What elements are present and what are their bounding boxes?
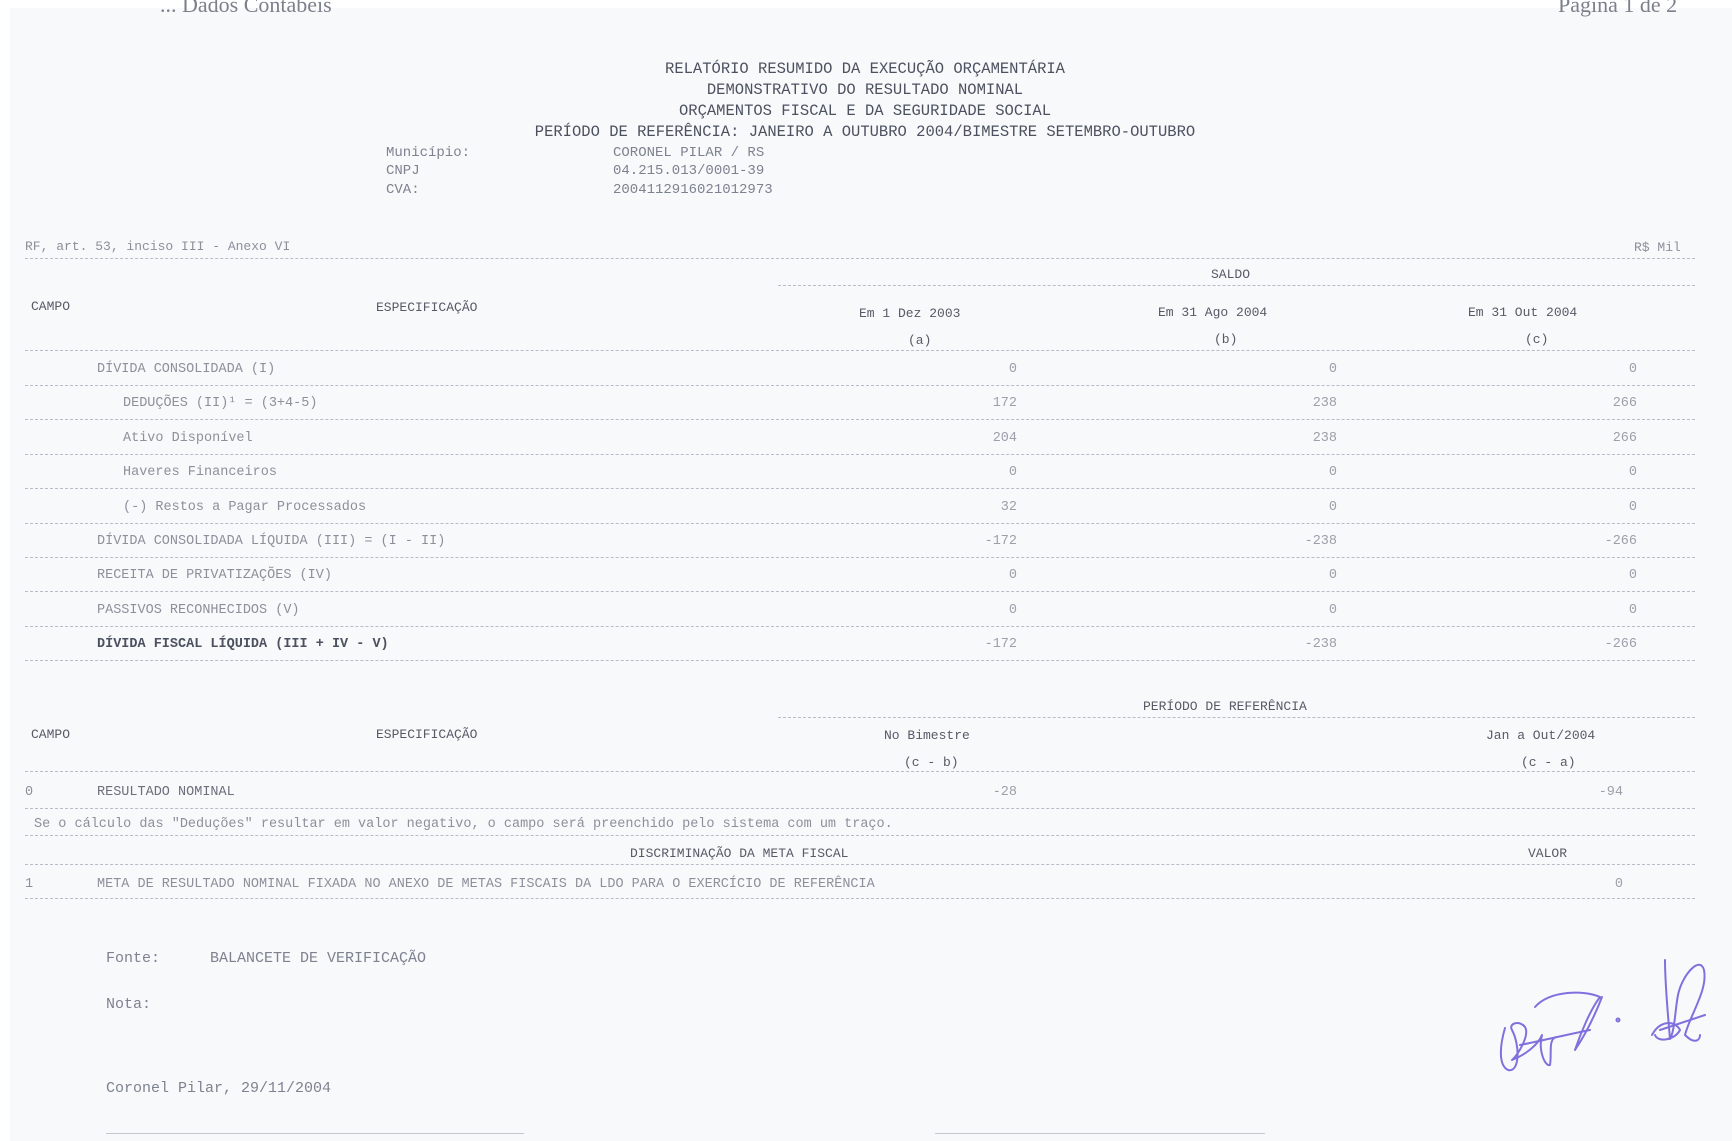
- value-col-b: 238: [1257, 431, 1337, 446]
- cva-label: CVA:: [386, 182, 420, 198]
- value-col-c: 0: [1557, 603, 1637, 618]
- row-label: Haveres Financeiros: [123, 465, 277, 480]
- t2-col-campo: CAMPO: [31, 727, 70, 742]
- cnpj-label: CNPJ: [386, 163, 420, 179]
- report-title: RELATÓRIO RESUMIDO DA EXECUÇÃO ORÇAMENTÁ…: [365, 60, 1365, 78]
- meta-value: 0: [1543, 877, 1623, 892]
- row-label: RECEITA DE PRIVATIZAÇÕES (IV): [97, 568, 332, 583]
- periodo-referencia-header: PERÍODO DE REFERÊNCIA: [1143, 699, 1307, 714]
- valor-header: VALOR: [1528, 846, 1567, 861]
- row-label: Ativo Disponível: [123, 431, 253, 446]
- value-col-b: 0: [1257, 465, 1337, 480]
- value-col-c: 0: [1557, 362, 1637, 377]
- place-date: Coronel Pilar, 29/11/2004: [106, 1080, 331, 1097]
- value-col-b: -238: [1257, 534, 1337, 549]
- cnpj-value: 04.215.013/0001-39: [613, 163, 764, 179]
- value-col-b: -238: [1257, 637, 1337, 652]
- row-label: DEDUÇÕES (II)¹ = (3+4-5): [123, 396, 317, 411]
- page-header-left: ... Dados Contábeis: [160, 0, 332, 18]
- col-c-label: Em 31 Out 2004: [1468, 305, 1577, 320]
- row-label: PASSIVOS RECONHECIDOS (V): [97, 603, 300, 618]
- fonte-value: BALANCETE DE VERIFICAÇÃO: [210, 950, 426, 967]
- legal-reference: RF, art. 53, inciso III - Anexo VI: [25, 239, 290, 254]
- col-a-sub: (a): [908, 333, 931, 348]
- t2-col-especificacao: ESPECIFICAÇÃO: [376, 727, 477, 742]
- row-label: DÍVIDA CONSOLIDADA (I): [97, 362, 275, 377]
- col-campo: CAMPO: [31, 299, 70, 314]
- value-col-c: 0: [1557, 465, 1637, 480]
- col-especificacao: ESPECIFICAÇÃO: [376, 300, 477, 315]
- value-col-a: 172: [937, 396, 1017, 411]
- value-col-c: 0: [1557, 568, 1637, 583]
- fonte-label: Fonte:: [106, 950, 160, 967]
- col-bimestre-label: No Bimestre: [884, 728, 970, 743]
- report-budget-scope: ORÇAMENTOS FISCAL E DA SEGURIDADE SOCIAL: [365, 102, 1365, 120]
- value-col-a: -172: [937, 534, 1017, 549]
- report-subtitle: DEMONSTRATIVO DO RESULTADO NOMINAL: [365, 81, 1365, 99]
- value-col-b: 0: [1257, 500, 1337, 515]
- municipio-value: CORONEL PILAR / RS: [613, 145, 764, 161]
- value-col-c: -266: [1557, 534, 1637, 549]
- col-bimestre-sub: (c - b): [904, 755, 959, 770]
- value-col-c: -266: [1557, 637, 1637, 652]
- value-col-a: 0: [937, 568, 1017, 583]
- cva-value: 2004112916021012973: [613, 182, 773, 198]
- unit-label: R$ Mil: [1634, 240, 1681, 255]
- value-jan-out: -94: [1543, 785, 1623, 800]
- col-c-sub: (c): [1525, 332, 1548, 347]
- handwritten-signature-icon: [1490, 935, 1720, 1075]
- value-bimestre: -28: [937, 785, 1017, 800]
- campo-number: 1: [25, 877, 33, 892]
- value-col-b: 0: [1257, 603, 1337, 618]
- campo-number: 0: [25, 785, 33, 800]
- row-label: META DE RESULTADO NOMINAL FIXADA NO ANEX…: [97, 877, 875, 892]
- value-col-a: 0: [937, 603, 1017, 618]
- nota-label: Nota:: [106, 996, 151, 1013]
- value-col-b: 238: [1257, 396, 1337, 411]
- row-label: DÍVIDA CONSOLIDADA LÍQUIDA (III) = (I - …: [97, 534, 445, 549]
- value-col-b: 0: [1257, 568, 1337, 583]
- value-col-c: 0: [1557, 500, 1637, 515]
- value-col-a: 0: [937, 362, 1017, 377]
- page-number: Pagina 1 de 2: [1558, 0, 1677, 18]
- value-col-a: 204: [937, 431, 1017, 446]
- signature-line-left: [106, 1133, 524, 1134]
- value-col-a: 0: [937, 465, 1017, 480]
- meta-fiscal-header: DISCRIMINAÇÃO DA META FISCAL: [630, 846, 848, 861]
- row-label: RESULTADO NOMINAL: [97, 785, 235, 800]
- col-jan-out-label: Jan a Out/2004: [1486, 728, 1595, 743]
- value-col-b: 0: [1257, 362, 1337, 377]
- value-col-c: 266: [1557, 431, 1637, 446]
- row-label: DÍVIDA FISCAL LÍQUIDA (III + IV - V): [97, 637, 389, 652]
- municipio-label: Município:: [386, 145, 470, 161]
- value-col-a: -172: [937, 637, 1017, 652]
- signature-line-right: [935, 1133, 1265, 1134]
- deducoes-footnote: Se o cálculo das "Deduções" resultar em …: [34, 817, 893, 832]
- row-label: (-) Restos a Pagar Processados: [123, 500, 366, 515]
- value-col-a: 32: [937, 500, 1017, 515]
- value-col-c: 266: [1557, 396, 1637, 411]
- col-a-label: Em 1 Dez 2003: [859, 306, 960, 321]
- report-reference-period: PERÍODO DE REFERÊNCIA: JANEIRO A OUTUBRO…: [365, 123, 1365, 141]
- col-b-sub: (b): [1214, 332, 1237, 347]
- col-b-label: Em 31 Ago 2004: [1158, 305, 1267, 320]
- col-jan-out-sub: (c - a): [1521, 755, 1576, 770]
- saldo-header: SALDO: [1211, 267, 1250, 282]
